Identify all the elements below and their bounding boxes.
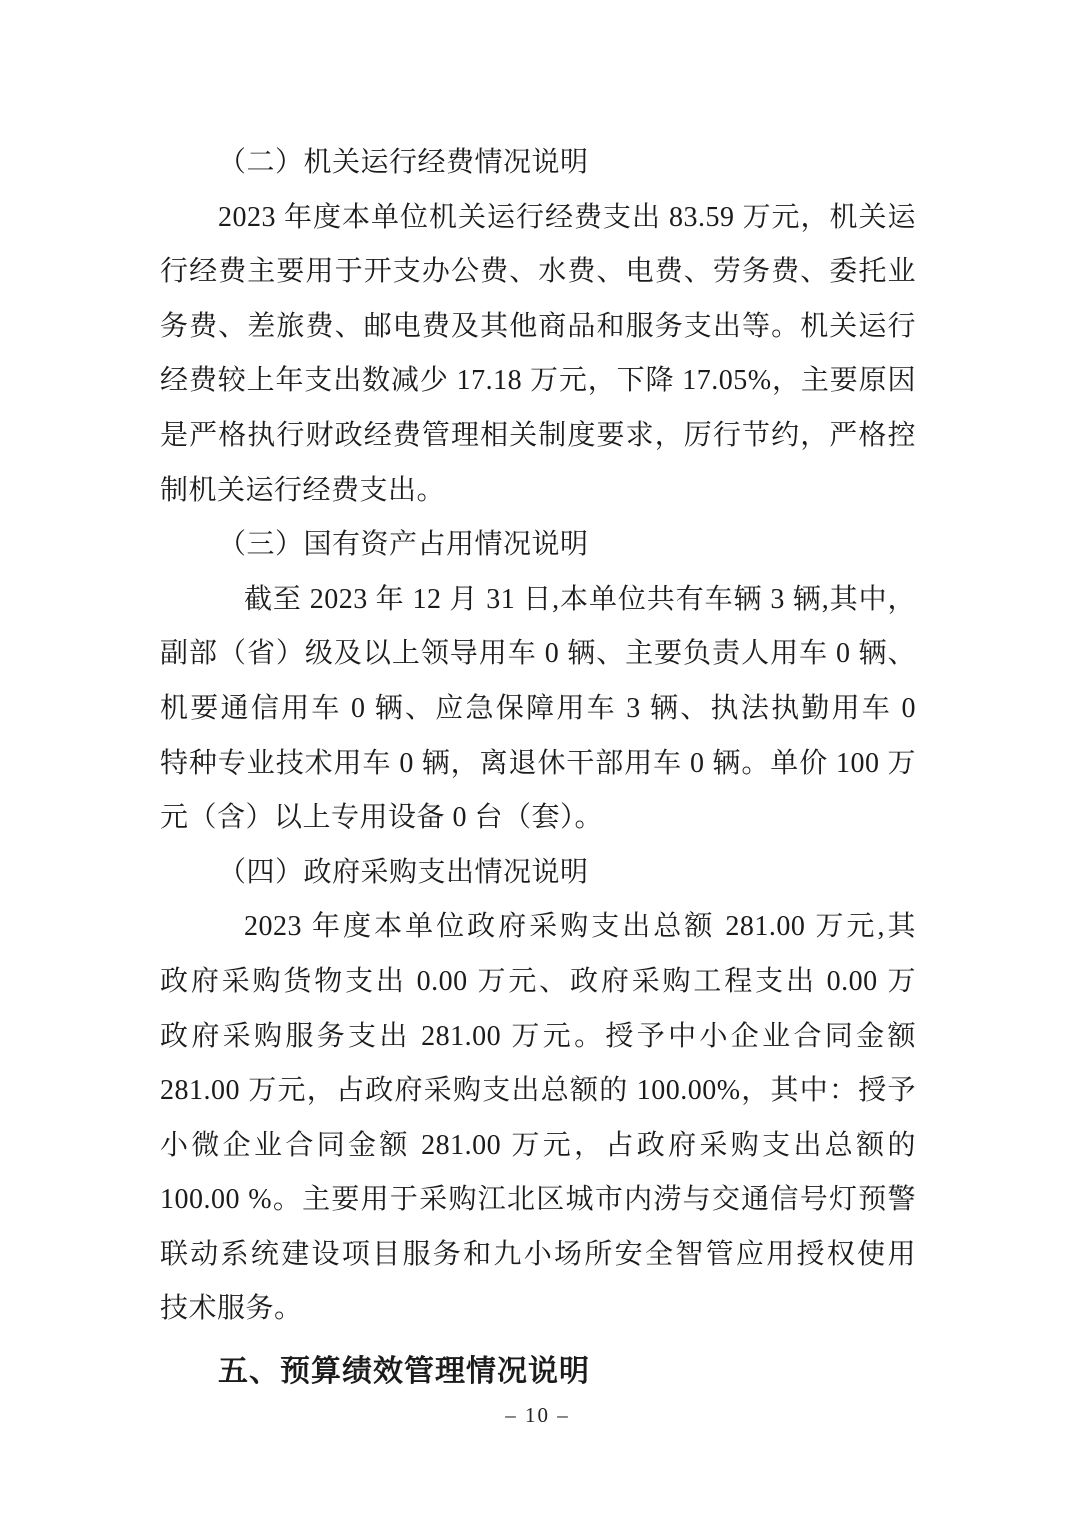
body-line: 政府采购货物支出 0.00 万元、政府采购工程支出 0.00 万元、 (160, 955, 916, 1010)
major-heading-5: 五、预算绩效管理情况说明 (160, 1345, 916, 1400)
document-body: （二）机关运行经费情况说明 2023 年度本单位机关运行经费支出 83.59 万… (160, 136, 916, 1400)
body-line: 机要通信用车 0 辆、应急保障用车 3 辆、执法执勤用车 0 辆， (160, 682, 916, 737)
body-line: 元（含）以上专用设备 0 台（套）。 (160, 791, 916, 846)
body-line: 2023 年度本单位机关运行经费支出 83.59 万元，机关运 (160, 191, 916, 246)
document-page: （二）机关运行经费情况说明 2023 年度本单位机关运行经费支出 83.59 万… (0, 0, 1075, 1520)
body-line: 281.00 万元，占政府采购支出总额的 100.00%，其中：授予 (160, 1064, 916, 1119)
body-line: 副部（省）级及以上领导用车 0 辆、主要负责人用车 0 辆、 (160, 627, 916, 682)
body-line: 行经费主要用于开支办公费、水费、电费、劳务费、委托业 (160, 245, 916, 300)
page-number: – 10 – (0, 1400, 1075, 1430)
body-line: 2023 年度本单位政府采购支出总额 281.00 万元,其中： (160, 900, 916, 955)
body-line: 小微企业合同金额 281.00 万元，占政府采购支出总额的 (160, 1119, 916, 1174)
section-heading-4: （四）政府采购支出情况说明 (160, 846, 916, 901)
body-line: 截至 2023 年 12 月 31 日,本单位共有车辆 3 辆,其中， (160, 573, 916, 628)
body-line: 制机关运行经费支出。 (160, 464, 916, 519)
body-line: 联动系统建设项目服务和九小场所安全智管应用授权使用 (160, 1228, 916, 1283)
body-line: 政府采购服务支出 281.00 万元。授予中小企业合同金额 (160, 1010, 916, 1065)
body-line: 100.00 %。主要用于采购江北区城市内涝与交通信号灯预警 (160, 1173, 916, 1228)
body-line: 务费、差旅费、邮电费及其他商品和服务支出等。机关运行 (160, 300, 916, 355)
body-line: 特种专业技术用车 0 辆，离退休干部用车 0 辆。单价 100 万 (160, 737, 916, 792)
body-line: 技术服务。 (160, 1282, 916, 1337)
body-line: 是严格执行财政经费管理相关制度要求，厉行节约，严格控 (160, 409, 916, 464)
body-line: 经费较上年支出数减少 17.18 万元，下降 17.05%，主要原因 (160, 354, 916, 409)
section-heading-3: （三）国有资产占用情况说明 (160, 518, 916, 573)
section-heading-2: （二）机关运行经费情况说明 (160, 136, 916, 191)
